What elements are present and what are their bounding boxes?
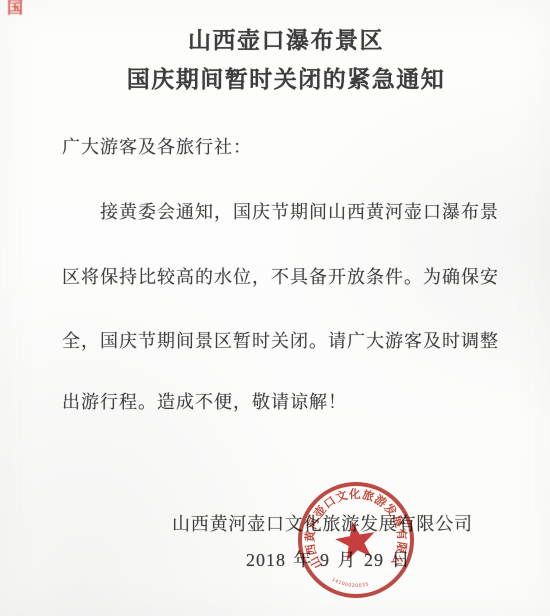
company-seal-stamp: 山西黄河壶口文化旅游发展有限公司 14100020035 [294, 478, 418, 602]
salutation-line: 广大游客及各旅行社： [62, 135, 252, 159]
body-line: 区将保持比较高的水位，不具备开放条件。为确保安 [62, 265, 522, 289]
seal-serial-text: 14100020035 [331, 577, 370, 589]
notice-title-line-1: 山西壶口瀑布景区 [11, 28, 550, 54]
seal-ring-text: 山西黄河壶口文化旅游发展有限公司 [294, 478, 409, 570]
star-icon [335, 521, 374, 561]
body-line: 接黄委会通知，国庆节期间山西黄河壶口瀑布景 [100, 200, 550, 224]
body-line: 出游行程。造成不便，敬请谅解！ [62, 390, 522, 414]
red-corner-mark: 国 [7, 1, 23, 17]
svg-text:山西黄河壶口文化旅游发展有限公司: 山西黄河壶口文化旅游发展有限公司 [294, 478, 409, 570]
svg-text:14100020035: 14100020035 [331, 577, 370, 589]
seal-icon: 山西黄河壶口文化旅游发展有限公司 14100020035 [294, 478, 418, 602]
body-line: 全，国庆节期间景区暂时关闭。请广大游客及时调整 [62, 329, 522, 353]
scanned-notice-page: 国 山西壶口瀑布景区 国庆期间暂时关闭的紧急通知 广大游客及各旅行社： 接黄委会… [0, 0, 550, 616]
notice-title-line-2: 国庆期间暂时关闭的紧急通知 [11, 67, 550, 93]
